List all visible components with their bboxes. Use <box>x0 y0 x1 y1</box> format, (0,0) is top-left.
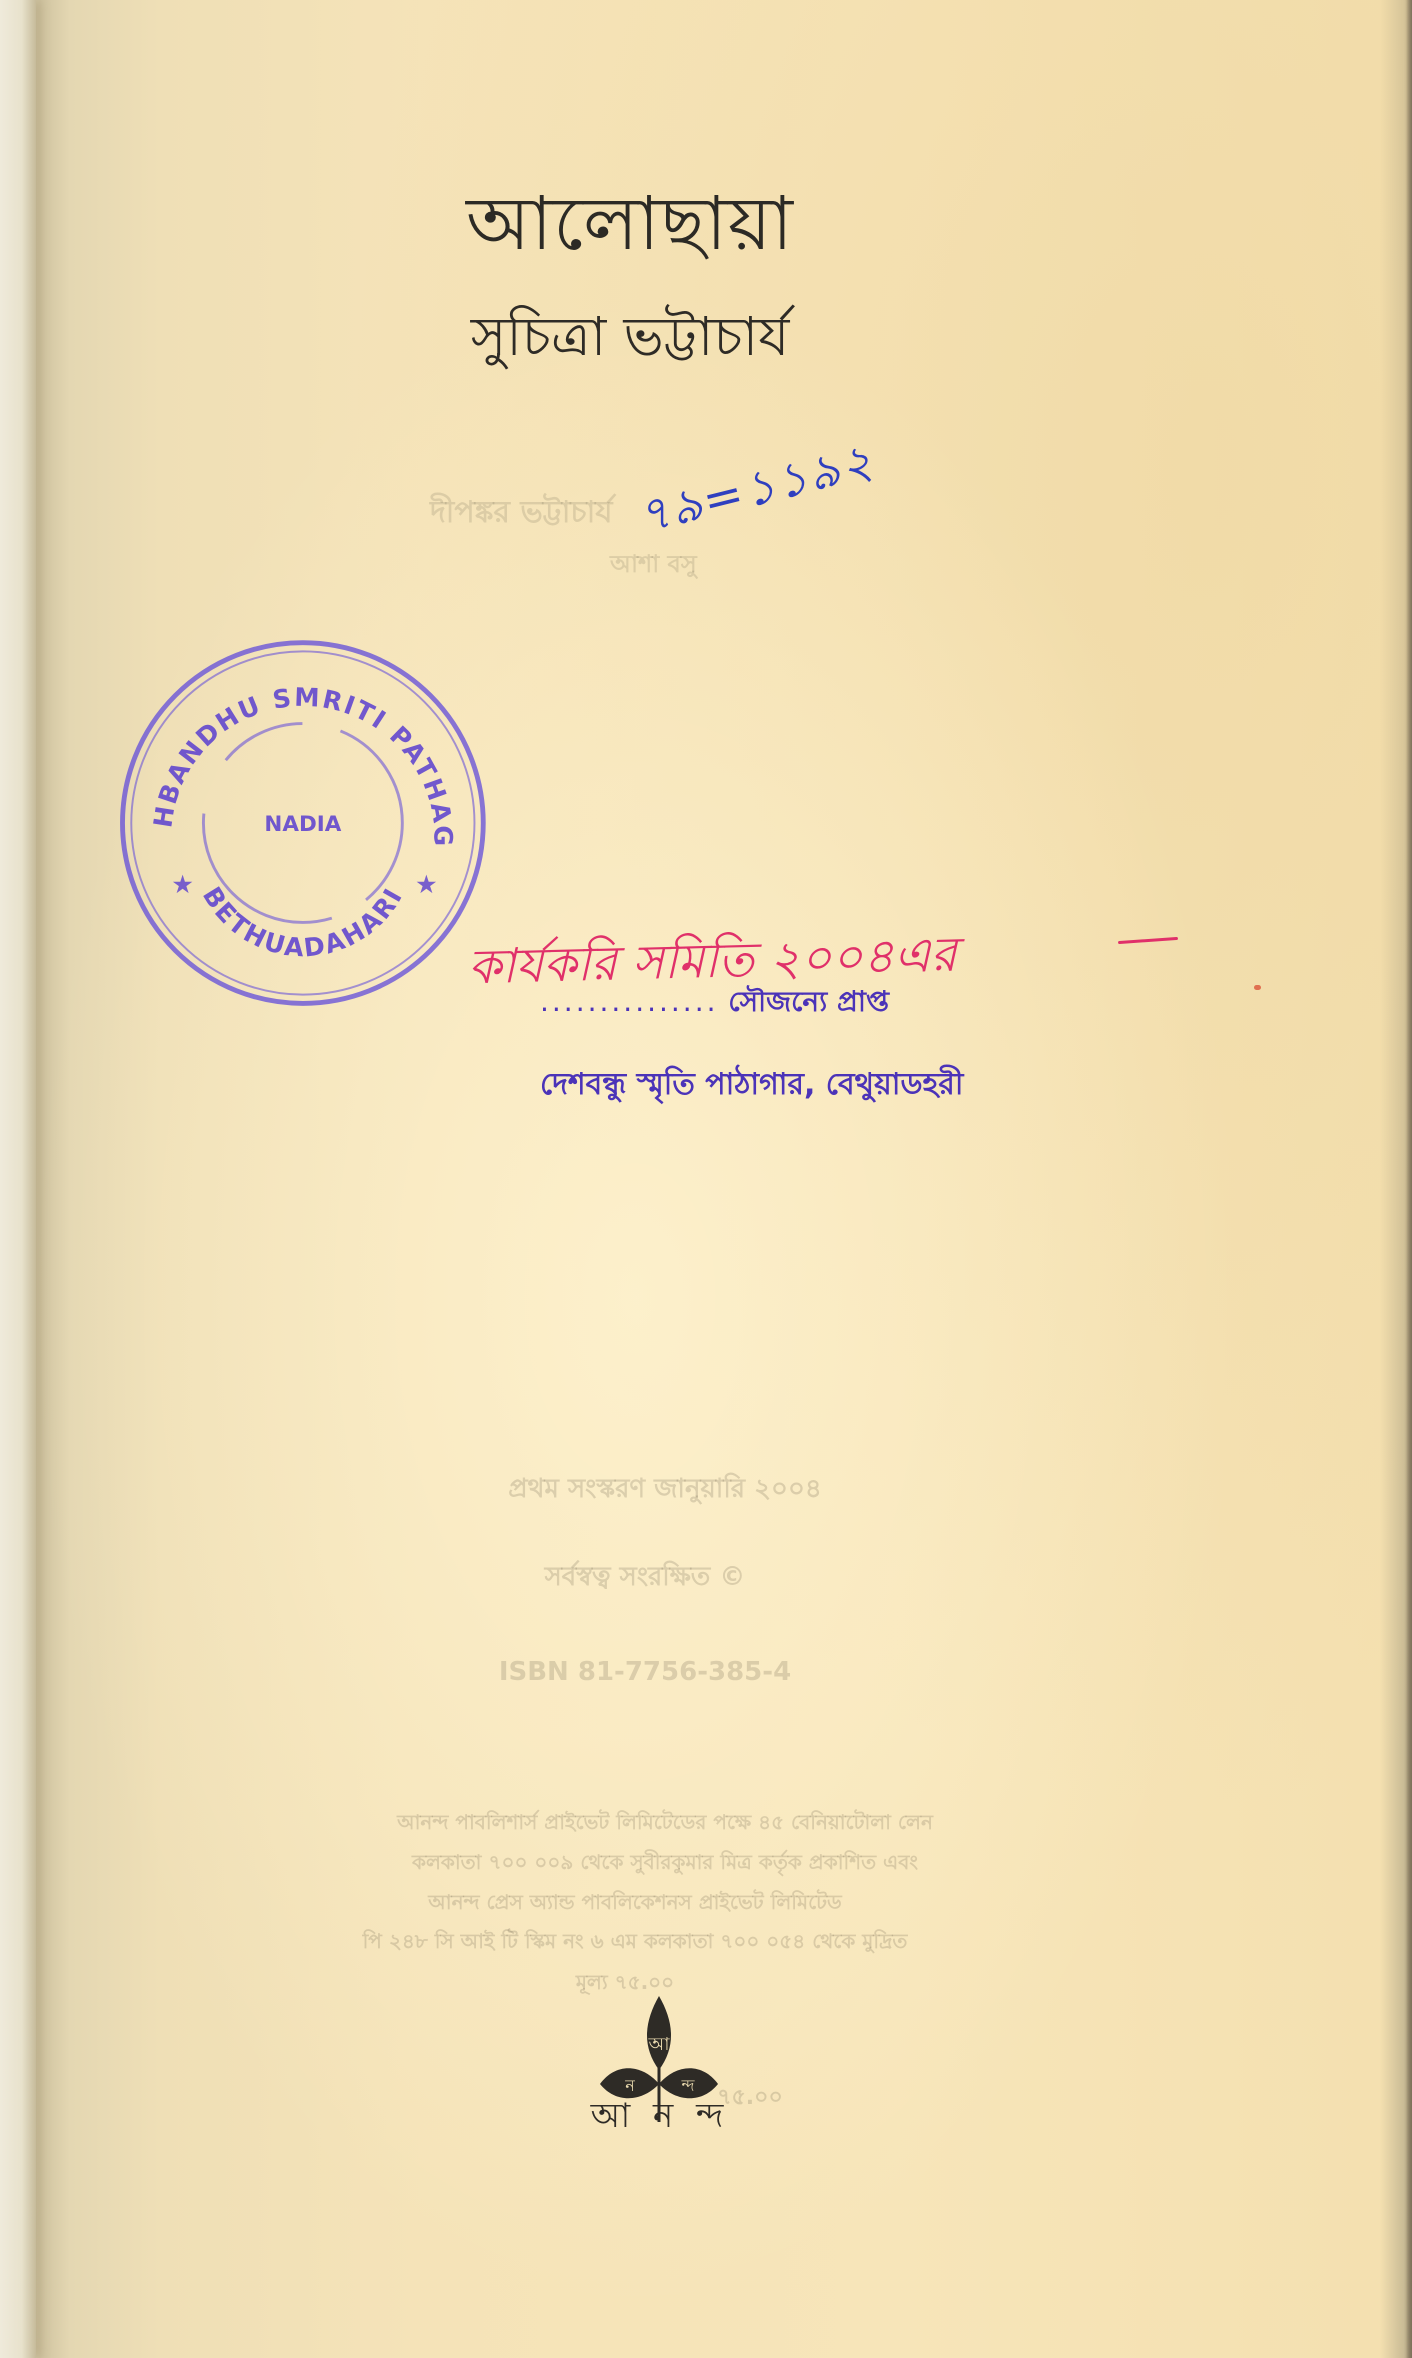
publisher-name: আ ন ন্দ <box>590 2090 730 2147</box>
donation-stamp-line-1: ............... সৌজন্যে প্রাপ্ত <box>540 980 889 1027</box>
page-edge-shadow <box>1406 0 1412 2358</box>
show-through-line: দীপঙ্কর ভট্টাচার্য <box>430 488 613 539</box>
library-round-stamp: DESHBANDHU SMRITI PATHAGAR BETHUADAHARI … <box>103 628 493 1018</box>
imprint-show-through: আনন্দ পাবলিশার্স প্রাইভেট লিমিটেডের পক্ষ… <box>30 1808 1300 1841</box>
imprint-show-through: ৭৫.০০ <box>200 2080 1300 2117</box>
svg-text:★: ★ <box>415 869 438 899</box>
svg-text:আ: আ <box>648 2034 671 2055</box>
svg-text:★: ★ <box>171 869 194 899</box>
imprint-show-through: সর্বস্বত্ব সংরক্ষিত © <box>20 1556 1270 1600</box>
book-author: সুচিত্রা ভট্টাচার্য <box>380 295 880 385</box>
spine-fold <box>0 0 36 2358</box>
donation-stamp-line-2: দেশবন্ধু স্মৃতি পাঠাগার, বেথুয়াডহরী <box>540 1060 963 1111</box>
imprint-show-through: আনন্দ প্রেস অ্যান্ড পাবলিকেশনস প্রাইভেট … <box>20 1888 1250 1921</box>
scanned-page: আলোছায়া সুচিত্রা ভট্টাচার্য দীপঙ্কর ভট্… <box>0 0 1412 2358</box>
imprint-show-through: পি ২৪৮ সি আই টি স্কিম নং ৬ এম কলকাতা ৭০০… <box>10 1927 1260 1960</box>
handwritten-accession-number: ৭৯=১১৯২ <box>630 425 883 560</box>
imprint-show-through: প্রথম সংস্করণ জানুয়ারি ২০০৪ <box>30 1468 1300 1512</box>
blank-dotted-line: ............... <box>540 985 719 1018</box>
book-title: আলোছায়া <box>380 168 880 291</box>
imprint-show-through: কলকাতা ৭০০ ০০৯ থেকে সুবীরকুমার মিত্র কর্… <box>30 1848 1300 1881</box>
stamp-center-text: NADIA <box>264 812 341 837</box>
round-stamp-icon: DESHBANDHU SMRITI PATHAGAR BETHUADAHARI … <box>103 628 493 1018</box>
ink-speck <box>1254 985 1261 990</box>
imprint-show-through: ISBN 81-7756-385-4 <box>20 1657 1270 1687</box>
red-ink-dash <box>1118 937 1178 944</box>
donation-stamp-text: সৌজন্যে প্রাপ্ত <box>728 985 889 1018</box>
